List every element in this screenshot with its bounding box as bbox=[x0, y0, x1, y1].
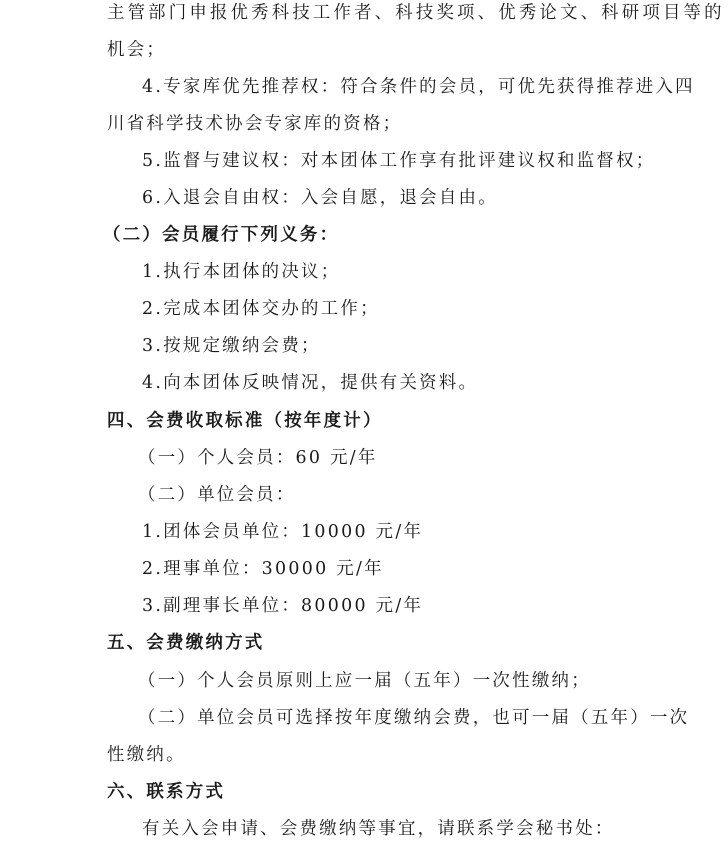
rights-item-4: 4.专家库优先推荐权：符合条件的会员，可优先获得推荐进入四 bbox=[142, 74, 657, 100]
rights-item-4-continuation: 川省科学技术协会专家库的资格； bbox=[107, 111, 622, 137]
obligations-subheading: （二）会员履行下列义务： bbox=[103, 222, 618, 248]
fee-council-unit: 2.理事单位：30000 元/年 bbox=[142, 556, 657, 582]
obligation-item-4: 4.向本团体反映情况，提供有关资料。 bbox=[142, 370, 657, 396]
fee-individual-member: （一）个人会员：60 元/年 bbox=[138, 445, 653, 471]
fee-group-member-unit: 1.团体会员单位：10000 元/年 bbox=[142, 519, 657, 545]
section-6-heading: 六、联系方式 bbox=[107, 779, 622, 805]
document-page: 主管部门申报优秀科技工作者、科技奖项、优秀论文、科研项目等的 机会； 4.专家库… bbox=[0, 0, 728, 844]
contact-intro: 有关入会申请、会费缴纳等事宜，请联系学会秘书处： bbox=[142, 816, 657, 842]
rights-item-3-continuation: 主管部门申报优秀科技工作者、科技奖项、优秀论文、科研项目等的 bbox=[107, 0, 622, 26]
fee-vice-chairman-unit: 3.副理事长单位：80000 元/年 bbox=[142, 593, 657, 619]
obligation-item-3: 3.按规定缴纳会费； bbox=[142, 333, 657, 359]
rights-item-3-end: 机会； bbox=[107, 37, 622, 63]
section-4-heading: 四、会费收取标准（按年度计） bbox=[107, 408, 622, 434]
rights-item-6: 6.入退会自由权：入会自愿，退会自由。 bbox=[142, 185, 657, 211]
fee-unit-member-heading: （二）单位会员： bbox=[138, 482, 653, 508]
section-5-heading: 五、会费缴纳方式 bbox=[107, 630, 622, 656]
obligation-item-2: 2.完成本团体交办的工作； bbox=[142, 296, 657, 322]
obligation-item-1: 1.执行本团体的决议； bbox=[142, 259, 657, 285]
payment-unit: （二）单位会员可选择按年度缴纳会费，也可一届（五年）一次 bbox=[138, 705, 653, 731]
payment-individual: （一）个人会员原则上应一届（五年）一次性缴纳； bbox=[138, 668, 653, 694]
rights-item-5: 5.监督与建议权：对本团体工作享有批评建议权和监督权； bbox=[142, 148, 657, 174]
payment-unit-continuation: 性缴纳。 bbox=[107, 742, 622, 768]
